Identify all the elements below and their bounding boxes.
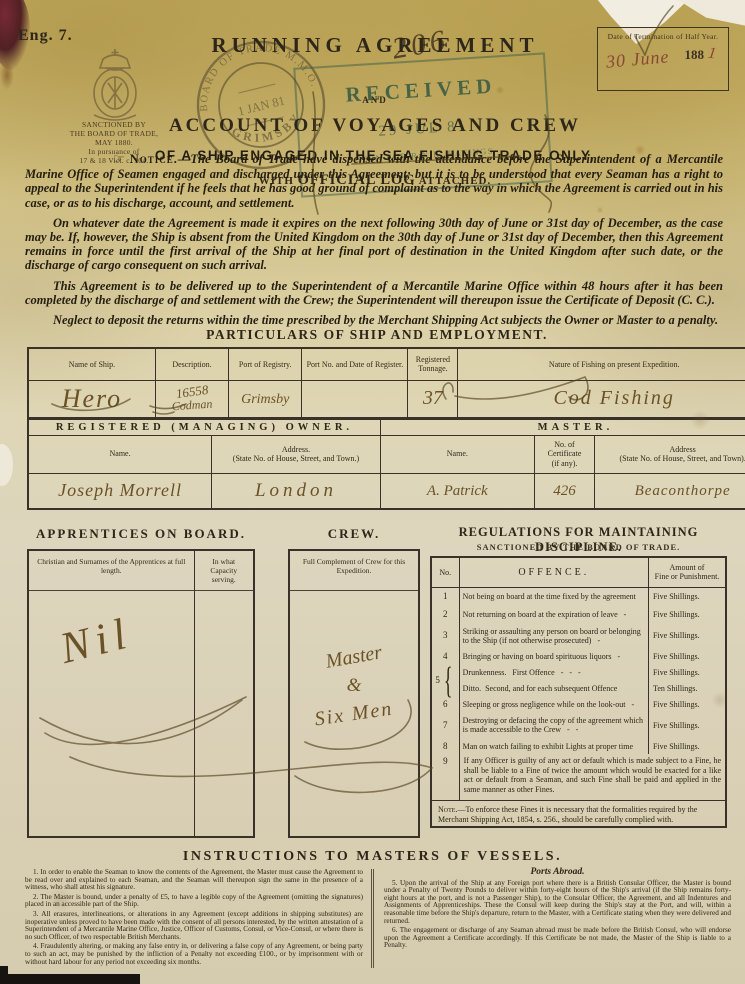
instruction-4: 4. Fraudulently altering, or making any … [25, 943, 363, 966]
offence-row: 8 Man on watch failing to exhibit Lights… [432, 738, 725, 754]
master-address-value: Beaconthorpe [635, 483, 731, 499]
description-value-2: Codman [155, 396, 228, 416]
offence-text: Destroying or defacing the copy of the a… [460, 712, 649, 738]
offence-text: Drunkenness. First Offence - - - [460, 668, 648, 677]
crew-value-line: Six Men [289, 694, 419, 735]
termination-year-digit: 1 [707, 45, 717, 64]
owner-band: REGISTERED (MANAGING) OWNER. [28, 419, 380, 435]
hole-left-edge [0, 444, 13, 486]
crew-box: Full Complement of Crew for this Expedit… [288, 549, 420, 838]
notice-section: ☞ Notice.—The Board of Trade have dispen… [25, 152, 723, 333]
col-fine-1: Amount of [670, 563, 705, 572]
apprentices-heading: APPRENTICES ON BOARD. [27, 526, 255, 542]
offence-text: Bringing or having on board spirituous l… [460, 649, 649, 665]
notice-paragraph-3: This Agreement is to be delivered up to … [25, 279, 723, 307]
agreement-form-page: Eng. 7. Sanctioned by The Board of Trade… [0, 0, 745, 984]
crew-column-header: Full Complement of Crew for this Expedit… [290, 551, 418, 591]
master-address-header-2: (State No. of House, Street, and Town). [619, 454, 745, 463]
note-lead: Note. [438, 805, 457, 814]
particulars-heading: PARTICULARS OF SHIP AND EMPLOYMENT. [27, 327, 727, 343]
offence-row: 3 Striking or assaulting any person on b… [432, 623, 725, 649]
main-title: RUNNING AGREEMENT [140, 33, 610, 58]
offence-text: Man on watch failing to exhibit Lights a… [460, 738, 649, 754]
col-no: No. [432, 558, 460, 587]
offence-row: 4 Bringing or having on board spirituous… [432, 649, 725, 665]
offence-row: 6 Sleeping or gross negligence while on … [432, 697, 725, 713]
master-cert-header-2: (if any). [552, 459, 578, 468]
termination-date-handwritten: 30 June [605, 46, 670, 72]
col-fine: Amount of Fine or Punishment. [649, 562, 725, 582]
col-offence: OFFENCE. [460, 558, 649, 587]
offence-no: 9 [432, 754, 460, 800]
offence-text: Not being on board at the time fixed by … [460, 588, 649, 606]
termination-date-label: Date of Termination of Half Year. [598, 32, 728, 41]
port-of-registry-value: Grimsby [241, 392, 289, 407]
ports-abroad-heading: Ports Abroad. [384, 869, 731, 877]
offence-fine: Five Shillings. [649, 668, 725, 677]
offence-no: 7 [432, 712, 460, 738]
master-name-header: Name. [380, 435, 534, 473]
note-text: —To enforce these Fines it is necessary … [438, 805, 697, 823]
notice-paragraph-4: Neglect to deposit the returns within th… [25, 313, 723, 327]
master-cert-value: 426 [553, 483, 576, 499]
offence-no-5: 5 [435, 676, 440, 685]
scan-bar-bottom-left [0, 974, 140, 984]
owner-address-header-2: (State No. of House, Street, and Town.) [233, 454, 359, 463]
crew-value-line: Master [289, 635, 419, 680]
col-description: Description. [155, 348, 228, 380]
offence-fine: Five Shillings. [649, 651, 725, 662]
instructions-heading: INSTRUCTIONS TO MASTERS OF VESSELS. [20, 849, 725, 865]
master-name-value: A. Patrick [427, 483, 488, 499]
owner-address-value: London [255, 480, 337, 501]
owner-name-header: Name. [28, 435, 212, 473]
master-address-header: Address (State No. of House, Street, and… [595, 435, 745, 473]
termination-year-printed: 188 [685, 47, 705, 63]
royal-crest-icon [82, 46, 148, 122]
instruction-5: 5. Upon the arrival of the Ship at any F… [384, 880, 731, 926]
col-registered-tonnage: Registered Tonnage. [408, 348, 458, 380]
owner-address-header: Address. (State No. of House, Street, an… [212, 435, 381, 473]
notice-lead: Notice. [130, 152, 178, 166]
crew-value: Master & Six Men [290, 646, 418, 726]
title-and: AND [140, 95, 610, 105]
owner-name-value: Joseph Morrell [58, 480, 182, 500]
notice-paragraph-2: On whatever date the Agreement is made i… [25, 216, 723, 273]
offence-fine: Five Shillings. [649, 630, 725, 641]
crew-value-line: & [290, 675, 418, 697]
instructions-section: 1. In order to enable the Seaman to know… [25, 869, 731, 968]
instructions-left-column: 1. In order to enable the Seaman to know… [25, 869, 371, 968]
subtitle: ACCOUNT OF VOYAGES AND CREW [140, 115, 610, 137]
offence-row-9: 9 If any Officer is guilty of any act or… [432, 754, 725, 800]
offence-text: Sleeping or gross negligence while on th… [460, 697, 649, 713]
notice-paragraph-1: ☞ Notice.—The Board of Trade have dispen… [25, 152, 723, 210]
col-port-no-date: Port No. and Date of Register. [302, 348, 408, 380]
stain-left-edge [0, 60, 14, 90]
offence-row: 2 Not returning on board at the expirati… [432, 606, 725, 623]
form-code: Eng. 7. [18, 27, 73, 45]
discipline-header-row: No. OFFENCE. Amount of Fine or Punishmen… [432, 558, 725, 588]
apprentices-col2-header: In what Capacity serving. [195, 551, 253, 591]
pointing-hand-icon: ☞ [113, 152, 125, 167]
master-cert-header-1: No. of Certificate [548, 440, 582, 459]
instruction-6: 6. The engagement or discharge of any Se… [384, 927, 731, 950]
owner-master-table: REGISTERED (MANAGING) OWNER. MASTER. Nam… [27, 418, 745, 510]
tonnage-value: 37 [423, 387, 443, 409]
nature-of-fishing-value: Cod Fishing [553, 387, 674, 409]
master-address-header-1: Address [670, 445, 696, 454]
offence-fine: Five Shillings. [649, 699, 725, 710]
ship-name-value: Hero [62, 384, 122, 413]
offence-text: Ditto. Second, and for each subsequent O… [460, 684, 648, 693]
owner-address-header-1: Address. [282, 445, 310, 454]
offence-row: 1 Not being on board at the time fixed b… [432, 588, 725, 606]
apprentices-table: Christian and Surnames of the Apprentice… [27, 549, 255, 838]
offence-fine: Five Shillings. [649, 609, 725, 620]
apprentices-col1-header: Christian and Surnames of the Apprentice… [29, 551, 194, 591]
discipline-note: Note.—To enforce these Fines it is neces… [432, 800, 725, 826]
col-port-of-registry: Port of Registry. [229, 348, 302, 380]
termination-date-box: Date of Termination of Half Year. 30 Jun… [597, 27, 729, 91]
offence-no: 5 { [432, 665, 460, 697]
offence-fine: Ten Shillings. [649, 684, 725, 693]
offence-fine: Five Shillings. [649, 720, 725, 731]
scan-bar-corner [0, 966, 8, 984]
offence-no: 1 [432, 588, 460, 606]
particulars-table: Name of Ship. Description. Port of Regis… [27, 347, 745, 419]
offence-no: 8 [432, 738, 460, 754]
regulations-subheading: SANCTIONED BY THE BOARD OF TRADE. [430, 542, 727, 552]
offence-fine: Five Shillings. [649, 741, 725, 752]
instruction-1: 1. In order to enable the Seaman to know… [25, 869, 363, 892]
instructions-right-column: Ports Abroad. 5. Upon the arrival of the… [371, 869, 731, 968]
offence-row-5: 5 { Drunkenness. First Offence - - - Dit… [432, 665, 725, 697]
master-cert-header: No. of Certificate (if any). [534, 435, 595, 473]
col-fine-2: Fine or Punishment. [655, 572, 720, 581]
offence-no: 2 [432, 606, 460, 623]
offence-text: Striking or assaulting any person on boa… [460, 623, 649, 649]
offence-text: If any Officer is guilty of any act or d… [460, 754, 725, 796]
brace-glyph: { [444, 675, 453, 687]
offence-fine: Five Shillings. [649, 591, 725, 602]
col-name-of-ship: Name of Ship. [28, 348, 155, 380]
crew-heading: CREW. [288, 526, 420, 542]
discipline-table: No. OFFENCE. Amount of Fine or Punishmen… [430, 556, 727, 828]
offence-no: 3 [432, 623, 460, 649]
instruction-3: 3. All erasures, interlineations, or alt… [25, 911, 363, 941]
col-nature-of-fishing: Nature of Fishing on present Expedition. [458, 348, 745, 380]
offence-row: 7 Destroying or defacing the copy of the… [432, 712, 725, 738]
master-band: MASTER. [380, 419, 745, 435]
instruction-2: 2. The Master is bound, under a penalty … [25, 894, 363, 909]
offence-text: Not returning on board at the expiration… [460, 606, 649, 623]
